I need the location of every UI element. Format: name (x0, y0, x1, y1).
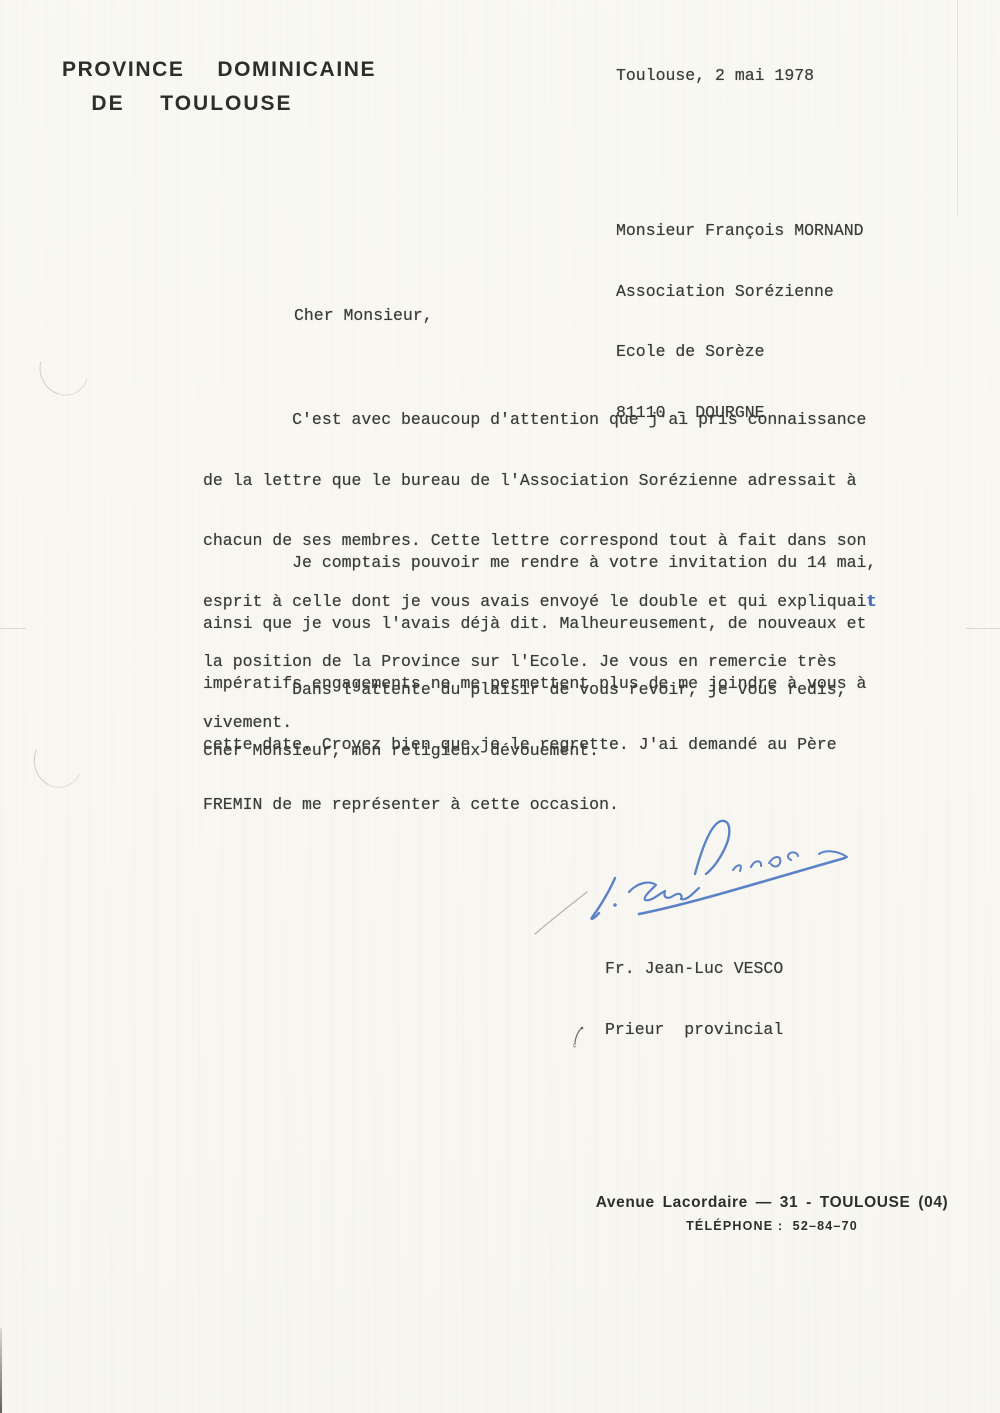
salutation: Cher Monsieur, (294, 306, 433, 325)
footer-address: Avenue Lacordaire — 31 - TOULOUSE (04) (570, 1194, 974, 1212)
signer-title: Prieur provincial (605, 1019, 783, 1042)
paragraph-3-line: cher Monsieur, mon religieux dévouement. (203, 740, 923, 763)
paragraph-1-line: de la lettre que le bureau de l'Associat… (203, 470, 923, 493)
letterhead-line1: PROVINCE DOMINICAINE (62, 58, 322, 82)
letter-page: PROVINCE DOMINICAINE DE TOULOUSE Toulous… (0, 0, 1000, 1413)
paragraph-3: Dans l'attente du plaisir de vous revoir… (203, 641, 923, 800)
dateline: Toulouse, 2 mai 1978 (616, 66, 814, 85)
fold-line (966, 628, 1000, 629)
recipient-school: Ecole de Sorèze (616, 341, 864, 364)
punch-hole-mark (31, 336, 98, 404)
recipient-name: Monsieur François MORNAND (616, 220, 864, 243)
paragraph-2-line: Je comptais pouvoir me rendre à votre in… (203, 552, 923, 575)
stray-ink-mark (566, 1022, 588, 1050)
scan-edge-line (957, 0, 958, 215)
footer: Avenue Lacordaire — 31 - TOULOUSE (04) T… (570, 1194, 974, 1233)
paragraph-2-line: ainsi que je vous l'avais déjà dit. Malh… (203, 613, 923, 636)
paragraph-3-line: Dans l'attente du plaisir de vous revoir… (203, 679, 923, 702)
signer-name: Fr. Jean-Luc VESCO (605, 958, 783, 981)
fold-line (0, 628, 26, 629)
punch-hole-mark (27, 730, 89, 794)
letterhead-line2: DE TOULOUSE (62, 92, 322, 116)
scan-edge-shadow (0, 1328, 2, 1413)
letterhead: PROVINCE DOMINICAINE DE TOULOUSE (62, 58, 322, 116)
paragraph-1-line: C'est avec beaucoup d'attention que j'ai… (203, 409, 923, 432)
recipient-org: Association Sorézienne (616, 281, 864, 304)
signature-block: Fr. Jean-Luc VESCO Prieur provincial (605, 920, 783, 1079)
footer-phone: TÉLÉPHONE : 52–84–70 (570, 1219, 974, 1233)
